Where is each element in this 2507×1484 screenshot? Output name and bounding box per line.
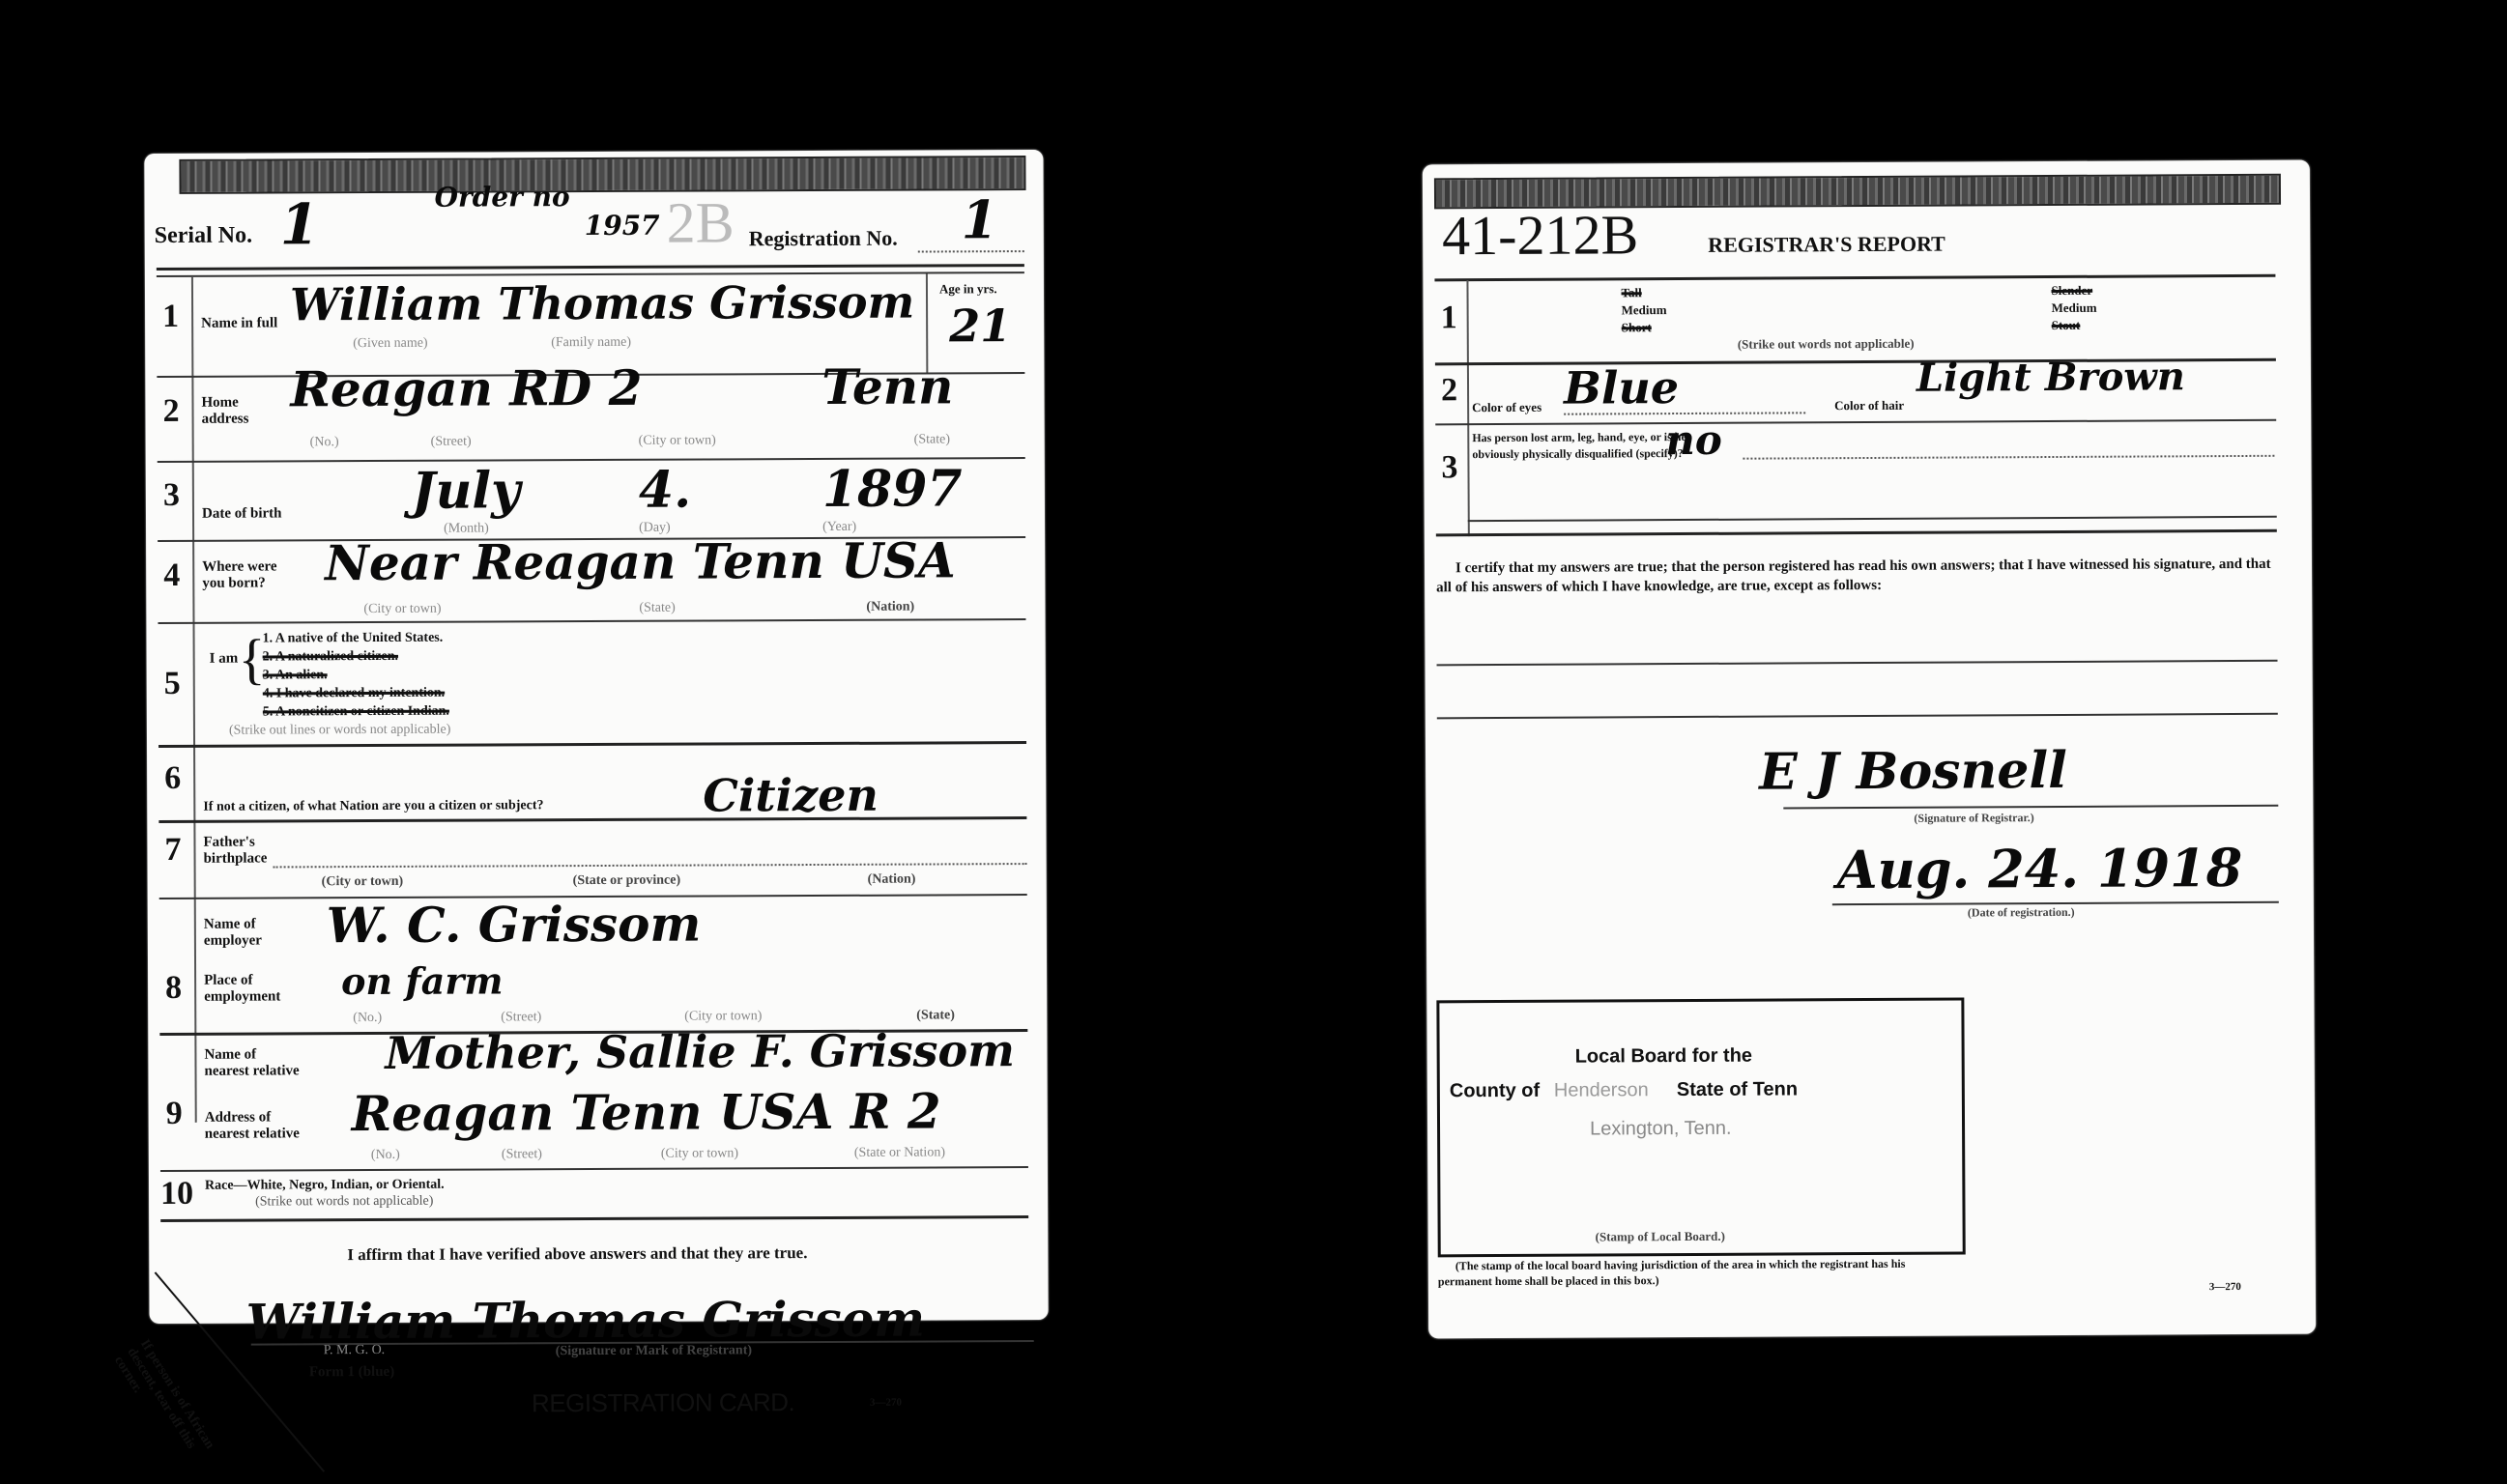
birthplace-label-2: you born? [202, 575, 266, 591]
dob-label: Date of birth [202, 505, 282, 522]
caption: (Nation) [866, 600, 914, 615]
row-number: 2 [162, 393, 179, 430]
dob-day: 4. [639, 461, 692, 520]
birthplace-label: Where were [202, 558, 276, 575]
registrar-caption: (Signature of Registrar.) [1914, 811, 2033, 826]
dob-year: 1897 [822, 459, 963, 519]
registrar-signature: E J Bosnell [1759, 741, 2067, 802]
row-number: 9 [166, 1096, 183, 1132]
race-note: (Strike out words not applicable) [255, 1194, 433, 1211]
i-am-label: I am [210, 651, 239, 668]
home-address-label: Home [201, 395, 238, 412]
serial-label: Serial No. [155, 223, 252, 249]
citizenship-option-2: 2. A naturalized citizen. [263, 648, 398, 666]
local-board-stamp-box: Local Board for the County of Henderson … [1436, 997, 1965, 1257]
caption: (City or town) [639, 433, 716, 448]
nation-label: If not a citizen, of what Nation are you… [203, 797, 543, 815]
affirm-statement: I affirm that I have verified above answ… [347, 1244, 807, 1263]
relative-value: Mother, Sallie F. Grissom [385, 1024, 1015, 1079]
age-label: Age in yrs. [939, 280, 997, 297]
relative-address-label-2: nearest relative [205, 1126, 300, 1142]
height-option-short: Short [1622, 319, 1652, 335]
employer-label: Name of [204, 917, 256, 933]
age-value: 21 [949, 300, 1011, 352]
disability-value: no [1665, 416, 1722, 464]
nation-value: Citizen [703, 769, 879, 822]
employment-place-value: on farm [341, 958, 504, 1003]
given-name-caption: (Given name) [353, 336, 427, 352]
stamp-line-1: Local Board for the [1575, 1045, 1752, 1069]
caption: (Street) [431, 435, 472, 450]
build-option-slender: Slender [2051, 282, 2092, 299]
stamp-note: (The stamp of the local board having jur… [1438, 1256, 1960, 1290]
family-name-caption: (Family name) [551, 335, 631, 351]
card-title: REGISTRATION CARD. [532, 1387, 794, 1418]
build-option-stout: Stout [2052, 317, 2081, 333]
hair-color-label: Color of hair [1834, 397, 1904, 414]
relative-address-value: Reagan Tenn USA R 2 [352, 1082, 941, 1142]
registration-label: Registration No. [749, 226, 898, 252]
card-header-bar [179, 156, 1025, 194]
caption: (State or province) [573, 873, 681, 889]
caption: (City or town) [684, 1009, 762, 1024]
hair-color-value: Light Brown [1916, 354, 2185, 400]
relative-label: Name of [204, 1047, 256, 1064]
citizenship-option-3: 3. An alien. [263, 667, 328, 683]
caption: (State) [639, 601, 675, 616]
home-state-value: Tenn [821, 357, 953, 415]
caption: (Street) [501, 1010, 541, 1025]
row-number: 2 [1441, 372, 1457, 409]
build-option-medium: Medium [2052, 300, 2097, 316]
form-code: 3—270 [2209, 1281, 2241, 1293]
ghost-stamp: 2B [667, 189, 735, 256]
registration-date: Aug. 24. 1918 [1836, 837, 2242, 900]
caption: (Nation) [868, 872, 916, 888]
strike-note: (Strike out words not applicable) [1738, 336, 1915, 353]
caption: (City or town) [322, 874, 404, 890]
stamp-caption: (Stamp of Local Board.) [1596, 1229, 1725, 1245]
birthplace-value: Near Reagan Tenn USA [325, 531, 956, 591]
relative-address-label: Address of [205, 1109, 272, 1126]
form-code: 3—270 [870, 1397, 902, 1409]
citizenship-option-4: 4. I have declared my intention. [263, 685, 445, 702]
father-birthplace-label-2: birthplace [204, 850, 268, 867]
home-address-value: Reagan RD 2 [290, 359, 642, 418]
eye-color-label: Color of eyes [1472, 399, 1542, 415]
order-note: Order no [434, 181, 569, 214]
home-address-label-2: address [202, 412, 249, 428]
caption: (State) [914, 432, 950, 447]
caption: (No.) [310, 435, 339, 450]
employer-label-2: employer [204, 933, 262, 950]
row-number: 10 [160, 1176, 193, 1213]
caption: (City or town) [661, 1146, 738, 1161]
eye-color-value: Blue [1564, 361, 1679, 414]
employment-place-label-2: employment [204, 988, 280, 1005]
employer-value: W. C. Grissom [327, 896, 702, 955]
relative-label-2: nearest relative [204, 1063, 299, 1079]
citizenship-option-1: 1. A native of the United States. [263, 630, 444, 647]
father-birthplace-label: Father's [203, 835, 254, 851]
caption: (No.) [353, 1011, 382, 1026]
name-value: William Thomas Grissom [290, 276, 914, 331]
name-label: Name in full [201, 315, 277, 331]
employment-place-label: Place of [204, 973, 252, 989]
caption: (Street) [502, 1147, 542, 1162]
disability-label: Has person lost arm, leg, hand, eye, or … [1472, 429, 1686, 446]
row-number: 7 [164, 832, 181, 869]
registrar-report-card: 41-212B REGISTRAR'S REPORT 1 Tall Medium… [1423, 160, 2316, 1339]
stamp-number: 41-212B [1442, 202, 1638, 268]
row-number: 3 [1441, 449, 1457, 486]
row-number: 1 [1441, 300, 1457, 336]
stamp-state: State of Tenn [1677, 1078, 1798, 1101]
row-number: 3 [163, 477, 180, 514]
row-number: 1 [162, 299, 179, 335]
citizenship-option-5: 5. A noncitizen or citizen Indian. [263, 703, 449, 721]
stamp-city: Lexington, Tenn. [1590, 1118, 1732, 1141]
row-number: 8 [165, 970, 182, 1007]
row-number: 5 [164, 666, 181, 702]
registration-card: Serial No. 1 Order no 1957 2B Registrati… [144, 150, 1048, 1324]
height-option-medium: Medium [1622, 301, 1667, 318]
strike-note: (Strike out lines or words not applicabl… [229, 723, 450, 739]
caption: (City or town) [363, 602, 441, 617]
dob-month: July [412, 461, 521, 520]
height-option-tall: Tall [1621, 284, 1641, 300]
caption: (No.) [371, 1148, 400, 1163]
serial-value: 1 [280, 191, 320, 257]
caption: (State or Nation) [854, 1145, 945, 1160]
order-number: 1957 [585, 210, 660, 242]
report-title: REGISTRAR'S REPORT [1708, 232, 1945, 258]
caption: (State) [916, 1008, 955, 1023]
stamp-county-value: Henderson [1554, 1079, 1649, 1102]
certification-statement: I certify that my answers are true; that… [1436, 555, 2275, 598]
date-caption: (Date of registration.) [1968, 905, 2075, 921]
race-label: Race—White, Negro, Indian, or Oriental. [205, 1177, 445, 1194]
row-number: 4 [163, 557, 180, 594]
stamp-county-label: County of [1450, 1080, 1540, 1102]
signature-caption: (Signature or Mark of Registrant) [556, 1343, 752, 1359]
row-number: 6 [164, 760, 181, 797]
disability-label-2: obviously physically disqualified (speci… [1472, 445, 1683, 463]
brace-icon: { [238, 626, 265, 691]
registration-value: 1 [962, 188, 998, 250]
